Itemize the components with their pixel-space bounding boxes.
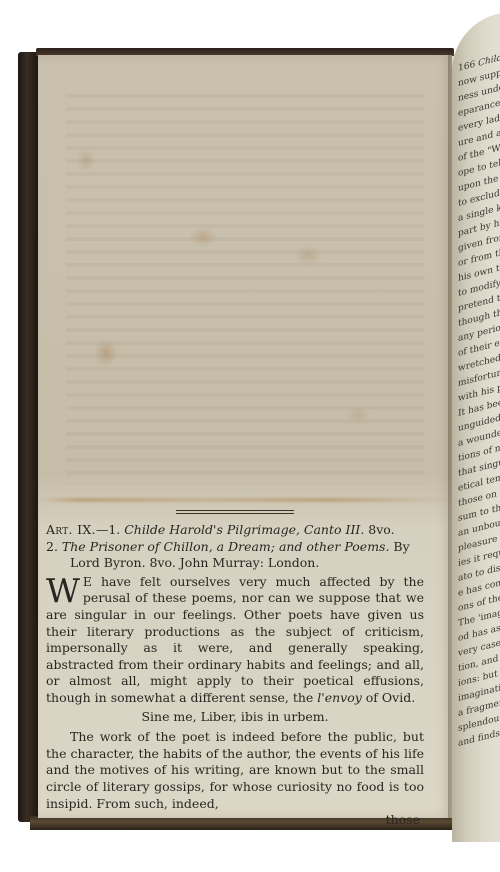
- right-page-running-title: Childe Harold: [478, 43, 500, 69]
- section-divider-rule: [176, 510, 294, 514]
- paragraph-1-end: of Ovid.: [362, 690, 415, 705]
- right-page-lines: now supposed to beness undergone anepara…: [458, 64, 500, 752]
- item-number-2: 2.: [46, 539, 62, 554]
- article-number: Art. IX.: [46, 522, 96, 537]
- page-fold-crease: [38, 498, 452, 502]
- right-page-text: 166 Childe Harold now supposed to beness…: [458, 49, 500, 752]
- paragraph-1-italic: l'envoy: [317, 690, 362, 705]
- bleed-through-text: [66, 85, 424, 485]
- drop-cap: W: [46, 574, 80, 605]
- work-format-1: 8vo.: [364, 522, 394, 537]
- paragraph-2: The work of the poet is indeed before th…: [46, 729, 424, 812]
- heading-line-2: 2. The Prisoner of Chillon, a Dream; and…: [46, 539, 424, 556]
- book-cover-left-edge: [18, 52, 40, 822]
- heading-by: By: [389, 539, 409, 554]
- work-title-childe-harold: Childe Harold's Pilgrimage, Canto III.: [124, 522, 364, 537]
- paragraph-1: WE have felt ourselves very much affecte…: [46, 574, 424, 707]
- heading-author-publisher: Lord Byron. 8vo. John Murray: London.: [46, 555, 424, 572]
- paragraph-1-text: E have felt ourselves very much affected…: [46, 574, 424, 705]
- latin-quotation: Sine me, Liber, ibis in urbem.: [46, 709, 424, 726]
- article-text-block: Art. IX.—1. Childe Harold's Pilgrimage, …: [46, 510, 424, 829]
- article-heading: Art. IX.—1. Childe Harold's Pilgrimage, …: [46, 522, 424, 572]
- catchword: those: [46, 812, 420, 829]
- right-page-curl: 166 Childe Harold now supposed to beness…: [452, 12, 500, 842]
- heading-line-1: Art. IX.—1. Childe Harold's Pilgrimage, …: [46, 522, 424, 539]
- heading-dash: —1.: [96, 522, 124, 537]
- work-title-prisoner-of-chillon: The Prisoner of Chillon, a Dream; and ot…: [62, 539, 390, 554]
- right-page-number: 166: [458, 60, 475, 74]
- left-page: Art. IX.—1. Childe Harold's Pilgrimage, …: [38, 55, 452, 818]
